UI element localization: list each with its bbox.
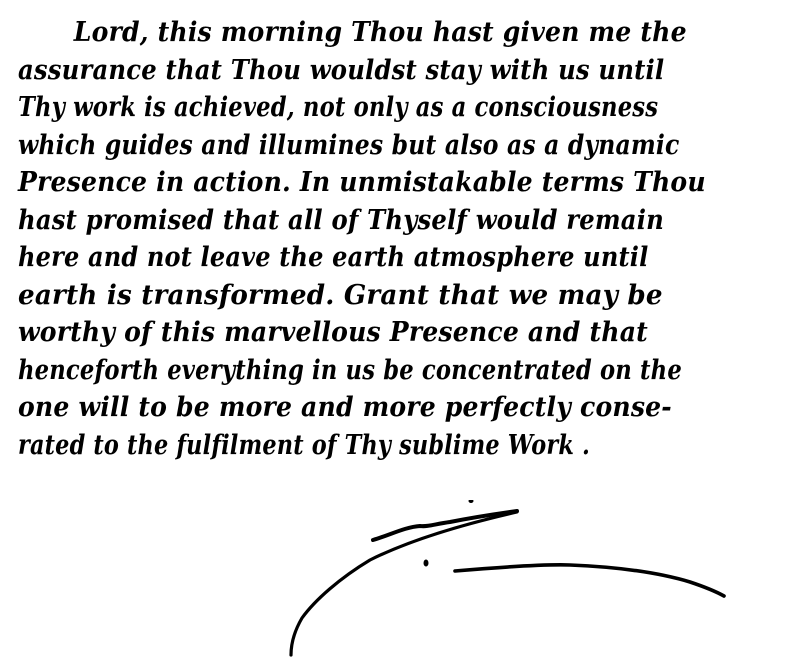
letter-line-9: worthy of this marvellous Presence and t…: [18, 314, 748, 352]
letter-line-8: earth is transformed. Grant that we may …: [18, 277, 779, 315]
letter-page: Lord, this morning Thou hast given me th…: [0, 0, 808, 661]
letter-line-5: Presence in action. In unmistakable term…: [18, 164, 748, 202]
letter-line-4: which guides and illumines but also as a…: [18, 127, 701, 165]
letter-body: Lord, this morning Thou hast given me th…: [18, 14, 803, 464]
signature-mark: [250, 500, 808, 661]
letter-line-2: assurance that Thou wouldst stay with us…: [18, 52, 725, 90]
letter-line-7: here and not leave the earth atmosphere …: [18, 239, 717, 277]
letter-line-3: Thy work is achieved, not only as a cons…: [18, 89, 677, 127]
letter-line-6: hast promised that all of Thyself would …: [18, 202, 725, 240]
letter-line-12: rated to the fulfilment of Thy sublime W…: [18, 427, 670, 465]
letter-line-10: henceforth everything in us be concentra…: [18, 352, 677, 390]
letter-line-1: Lord, this morning Thou hast given me th…: [18, 14, 748, 52]
letter-line-11: one will to be more and more perfectly c…: [18, 389, 748, 427]
